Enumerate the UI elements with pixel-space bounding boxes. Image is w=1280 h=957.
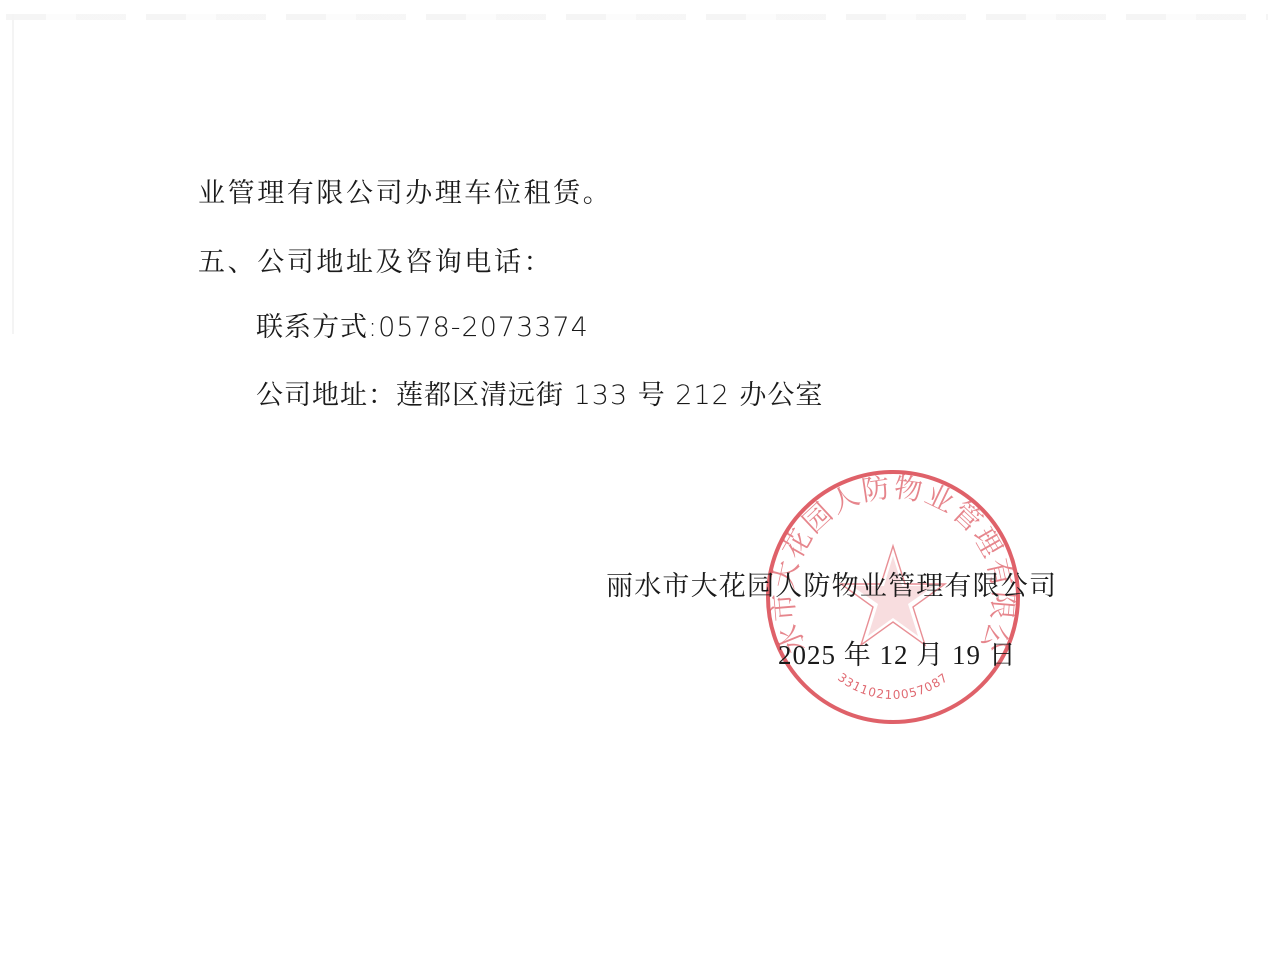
paragraph-line-1: 业管理有限公司办理车位租赁。 (198, 177, 612, 211)
scan-edge-left (12, 14, 14, 334)
signature-date: 2025 年 12 月 19 日 (778, 638, 1017, 672)
company-address: 公司地址：莲都区清远街 133 号 212 办公室 (256, 379, 823, 413)
section-heading-address: 五、公司地址及咨询电话： (198, 246, 553, 280)
scan-edge-top (6, 14, 1268, 20)
svg-text:33110210057087: 33110210057087 (835, 670, 951, 702)
seal-serial-number: 33110210057087 (835, 670, 951, 702)
signature-company-name: 丽水市大花园人防物业管理有限公司 (606, 570, 1057, 604)
contact-phone: 联系方式:0578-2073374 (256, 311, 589, 345)
